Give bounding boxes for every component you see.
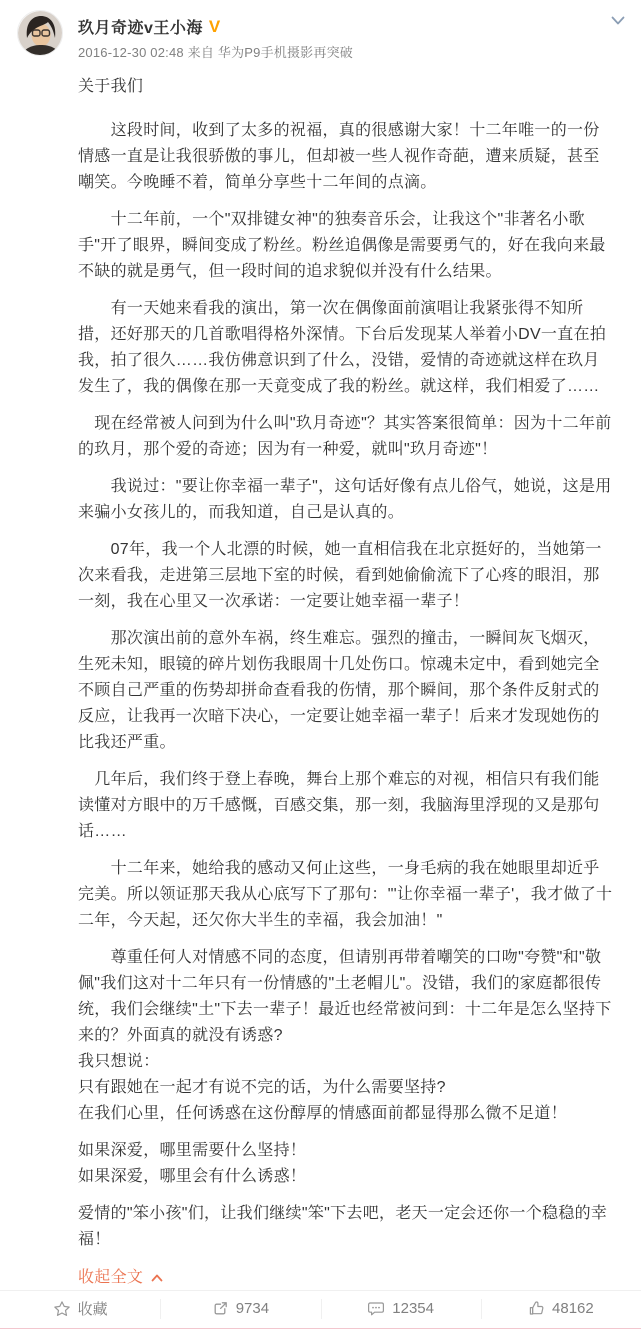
post-paragraph: 尊重任何人对情感不同的态度，但请别再带着嘲笑的口吻"夸赞"和"敬佩"我们这对十二… [78, 945, 615, 1127]
chevron-down-icon[interactable] [611, 13, 625, 23]
thumbs-up-icon [528, 1300, 545, 1317]
collapse-label: 收起全文 [78, 1265, 143, 1291]
like-button[interactable]: 48162 [481, 1291, 641, 1326]
post-paragraph: 这段时间，收到了太多的祝福，真的很感谢大家！十二年唯一的一份情感一直是让我很骄傲… [78, 118, 615, 196]
star-icon [53, 1300, 71, 1318]
post-paragraph: 十二年来，她给我的感动又何止这些，一身毛病的我在她眼里却近乎完美。所以领证那天我… [78, 856, 615, 934]
comment-button[interactable]: 12354 [321, 1291, 481, 1326]
username[interactable]: 玖月奇迹v王小海 [78, 15, 203, 38]
post-header: 玖月奇迹v王小海 V 2016-12-30 02:48 来自 华为P9手机摄影再… [0, 0, 641, 61]
comment-icon [367, 1300, 385, 1317]
post-paragraph: 如果深爱，哪里需要什么坚持！ 如果深爱，哪里会有什么诱惑！ [78, 1138, 615, 1190]
post-paragraph: 那次演出前的意外车祸，终生难忘。强烈的撞击，一瞬间灰飞烟灭，生死未知，眼镜的碎片… [78, 626, 615, 756]
post-paragraph: 十二年前，一个"双排键女神"的独奏音乐会，让我这个"非著名小歌手"开了眼界，瞬间… [78, 207, 615, 285]
post-content: 关于我们 这段时间，收到了太多的祝福，真的很感谢大家！十二年唯一的一份情感一直是… [78, 74, 615, 1291]
chevron-up-icon [151, 1274, 163, 1282]
post-meta: 2016-12-30 02:48 来自 华为P9手机摄影再突破 [78, 42, 601, 61]
collapse-full-text-link[interactable]: 收起全文 [78, 1265, 163, 1291]
post-paragraph: 爱情的"笨小孩"们，让我们继续"笨"下去吧，老天一定会还你一个稳稳的幸福！ [78, 1201, 615, 1253]
comment-count: 12354 [392, 1300, 434, 1317]
action-bar: 收藏 9734 12354 48162 [0, 1290, 641, 1326]
avatar-image [18, 11, 63, 56]
favorite-button[interactable]: 收藏 [0, 1291, 160, 1326]
source-app-link[interactable]: 华为P9手机摄影再突破 [218, 45, 353, 60]
forward-icon [212, 1300, 229, 1317]
bottom-separator [0, 1328, 641, 1329]
forward-button[interactable]: 9734 [160, 1291, 320, 1326]
weibo-post-page: 玖月奇迹v王小海 V 2016-12-30 02:48 来自 华为P9手机摄影再… [0, 0, 641, 1332]
post-paragraph: 几年后，我们终于登上春晚，舞台上那个难忘的对视，相信只有我们能读懂对方眼中的万千… [78, 767, 615, 845]
avatar[interactable] [17, 10, 63, 56]
forward-count: 9734 [236, 1300, 269, 1317]
post-paragraph: 07年，我一个人北漂的时候，她一直相信我在北京挺好的，当她第一次来看我，走进第三… [78, 537, 615, 615]
verified-v-badge: V [209, 18, 220, 35]
timestamp: 2016-12-30 02:48 [78, 45, 184, 60]
post-paragraph: 有一天她来看我的演出，第一次在偶像面前演唱让我紧张得不知所措，还好那天的几首歌唱… [78, 296, 615, 400]
post-title: 关于我们 [78, 74, 615, 100]
favorite-label: 收藏 [78, 1298, 108, 1319]
post-paragraph: 我说过："要让你幸福一辈子"，这句话好像有点儿俗气，她说，这是用来骗小女孩儿的，… [78, 474, 615, 526]
like-count: 48162 [552, 1300, 594, 1317]
post-paragraph: 现在经常被人问到为什么叫"玖月奇迹"？其实答案很简单：因为十二年前的玖月，那个爱… [78, 411, 615, 463]
source-prefix: 来自 [188, 45, 214, 60]
